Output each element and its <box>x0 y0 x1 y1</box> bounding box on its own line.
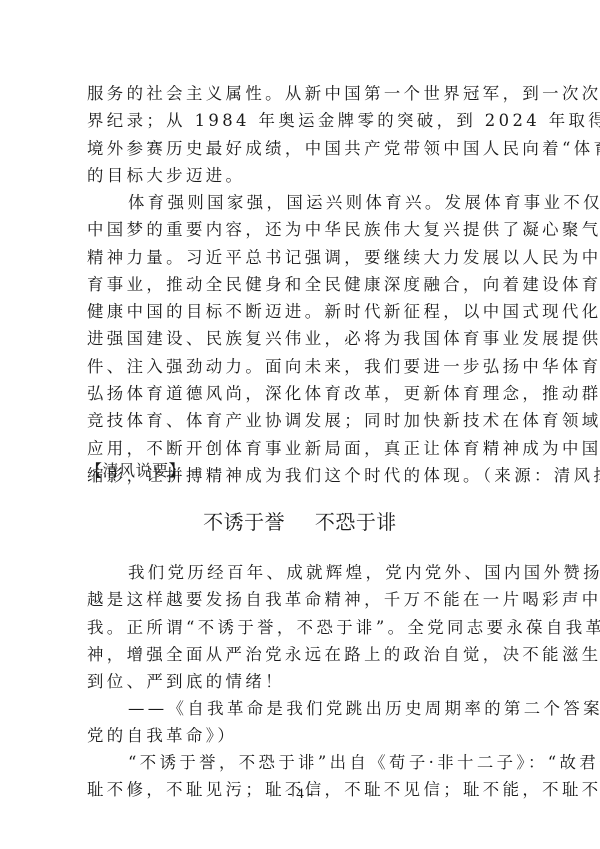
text-line: 服务的社会主义属性。从新中国第一个世界冠军，到一次次打破世 <box>87 80 523 107</box>
text-line: 育事业，推动全民健身和全民健康深度融合，向着建设体育强国、 <box>87 271 523 298</box>
text-line: 体育强则国家强，国运兴则体育兴。发展体育事业不仅是实现 <box>87 189 523 216</box>
text-line: 神，增强全面从严治党永远在路上的政治自觉，决不能滋生已经严 <box>87 641 523 668</box>
text-line: 我们党历经百年、成就辉煌，党内党外、国内国外赞扬声很多。 <box>87 559 523 586</box>
text-line: 越是这样越要发扬自我革命精神，千万不能在一片喝彩声中迷失自 <box>87 586 523 613</box>
text-line: 健康中国的目标不断迈进。新时代新征程，以中国式现代化全面推 <box>87 298 523 325</box>
paragraph-sports-strength: 体育强则国家强，国运兴则体育兴。发展体育事业不仅是实现 中国梦的重要内容，还为中… <box>87 189 523 489</box>
quote-source: ——《自我革命是我们党跳出历史周期率的第二个答案》（《论 党的自我革命》） <box>87 695 523 750</box>
text-line: 进强国建设、民族复兴伟业，必将为我国体育事业发展提供更好条 <box>87 325 523 352</box>
document-page: 服务的社会主义属性。从新中国第一个世界冠军，到一次次打破世 界纪录；从 1984… <box>0 0 600 849</box>
text-line: 到位、严到底的情绪！ <box>87 668 523 695</box>
text-line: 境外参赛历史最好成绩，中国共产党带领中国人民向着“体育强国” <box>87 135 523 162</box>
paragraph-continuation: 服务的社会主义属性。从新中国第一个世界冠军，到一次次打破世 界纪录；从 1984… <box>87 80 523 189</box>
text-line: 中国梦的重要内容，还为中华民族伟大复兴提供了凝心聚气的强大 <box>87 216 523 243</box>
text-line: ——《自我革命是我们党跳出历史周期率的第二个答案》（《论 <box>87 695 523 722</box>
paragraph-quote: 我们党历经百年、成就辉煌，党内党外、国内国外赞扬声很多。 越是这样越要发扬自我革… <box>87 559 523 695</box>
text-line: 界纪录；从 1984 年奥运金牌零的突破，到 2024 年取得夏季奥运会 <box>87 107 523 134</box>
text-line: 弘扬体育道德风尚，深化体育改革，更新体育理念，推动群众体育、 <box>87 380 523 407</box>
text-line: 我。正所谓“不诱于誉，不恐于诽”。全党同志要永葆自我革命精 <box>87 614 523 641</box>
section-label: 【清风说要】 <box>86 458 185 481</box>
article-title: 不诱于誉 不恐于诽 <box>0 506 600 535</box>
text-line: “不诱于誉，不恐于诽”出自《荀子·非十二子》：“故君子 <box>87 749 523 776</box>
page-number: - 4 - <box>0 786 600 803</box>
text-line: 党的自我革命》） <box>87 722 523 749</box>
text-line: 件、注入强劲动力。面向未来，我们要进一步弘扬中华体育精神， <box>87 353 523 380</box>
text-line: 的目标大步迈进。 <box>87 162 523 189</box>
text-line: 精神力量。习近平总书记强调，要继续大力发展以人民为中心的体 <box>87 244 523 271</box>
text-line: 竞技体育、体育产业协调发展；同时加快新技术在体育领域的推广 <box>87 407 523 434</box>
